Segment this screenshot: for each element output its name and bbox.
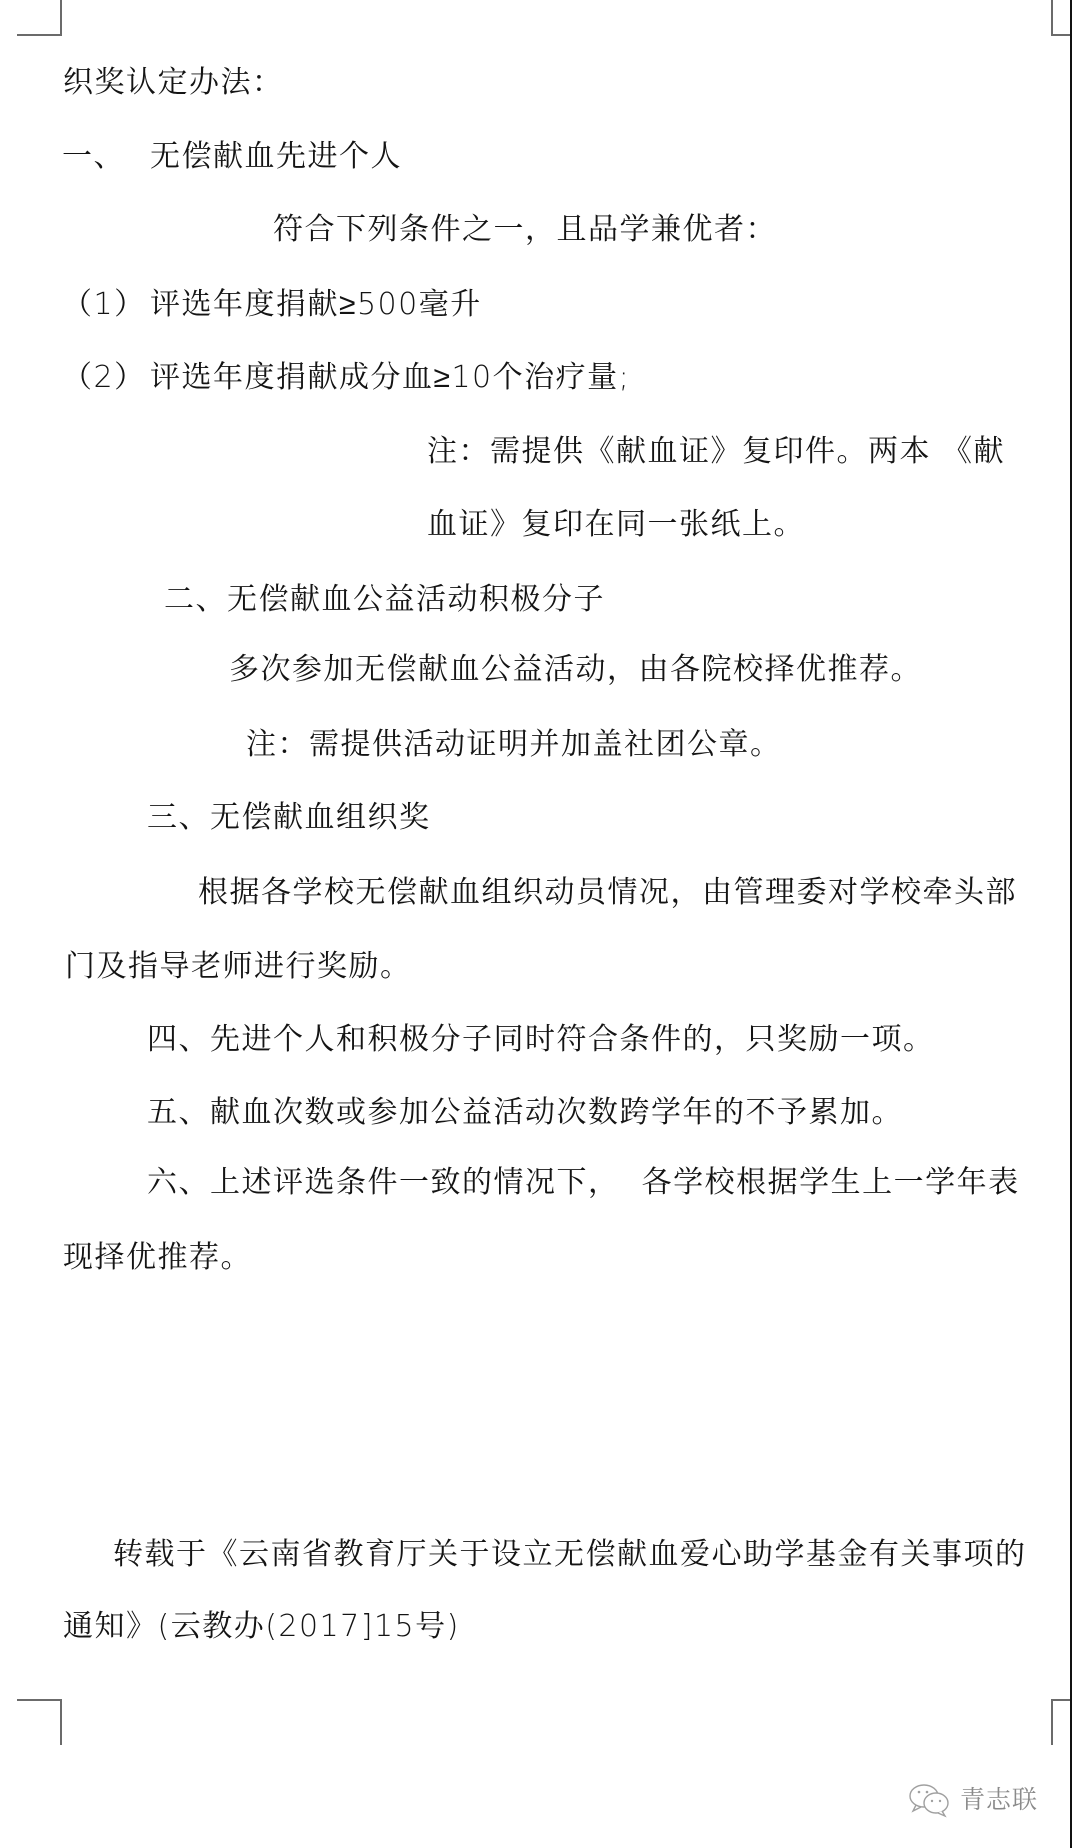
crop-mark-top-right-horizontal [1051, 34, 1072, 36]
rule-six-line1: 六、上述评选条件一致的情况下， 各学校根据学生上一学年表 [147, 1167, 1020, 1199]
criterion2-text: 评选年度捐献成分血≥10个治疗量; [150, 362, 630, 394]
wechat-icon [908, 1782, 952, 1818]
section2-note: 注：需提供活动证明并加盖社团公章。 [246, 729, 782, 761]
crop-mark-top-left-horizontal [17, 34, 62, 36]
section3-title: 三、无偿献血组织奖 [147, 802, 431, 834]
rule-four: 四、先进个人和积极分子同时符合条件的，只奖励一项。 [147, 1024, 935, 1056]
section2-body: 多次参加无偿献血公益活动，由各院校择优推荐。 [229, 654, 922, 686]
wechat-watermark: 青志联 [908, 1782, 1038, 1818]
heading-intro: 织奖认定办法： [63, 67, 284, 99]
crop-mark-bottom-left-vertical [60, 1699, 62, 1745]
section3-body-line2: 门及指导老师进行奖励。 [65, 951, 412, 983]
crop-mark-top-left-vertical [60, 0, 62, 36]
section1-note-line1: 注：需提供《献血证》复印件。两本 《献 [427, 436, 1005, 468]
section1-note-line2: 血证》复印在同一张纸上。 [427, 509, 805, 541]
crop-mark-bottom-left-horizontal [17, 1699, 62, 1701]
rule-five: 五、献血次数或参加公益活动次数跨学年的不予累加。 [147, 1097, 903, 1129]
section1-condition: 符合下列条件之一，且品学兼优者： [273, 214, 777, 246]
section1-title: 无偿献血先进个人 [150, 141, 402, 173]
crop-mark-bottom-right-horizontal [1051, 1699, 1072, 1701]
document-page: 织奖认定办法： 一、 无偿献血先进个人 符合下列条件之一，且品学兼优者： （1）… [0, 0, 1072, 1848]
section3-body-line1: 根据各学校无偿献血组织动员情况，由管理委对学校牵头部 [198, 877, 1017, 909]
criterion1-label: （1） [62, 289, 146, 321]
section1-number: 一、 [62, 141, 125, 173]
crop-mark-bottom-right-vertical [1051, 1699, 1053, 1745]
crop-mark-top-right-vertical [1051, 0, 1053, 36]
criterion2-label: （2） [62, 362, 146, 394]
criterion1-text: 评选年度捐献≥500毫升 [150, 289, 482, 321]
rule-six-line2: 现择优推荐。 [63, 1242, 252, 1274]
section2-title: 二、无偿献血公益活动积极分子 [164, 584, 605, 616]
watermark-account-name: 青志联 [960, 1785, 1038, 1815]
source-citation-line1: 转载于《云南省教育厅关于设立无偿献血爱心助学基金有关事项的 [113, 1539, 1027, 1571]
source-citation-line2: 通知》(云教办(2017]15号) [63, 1611, 460, 1643]
